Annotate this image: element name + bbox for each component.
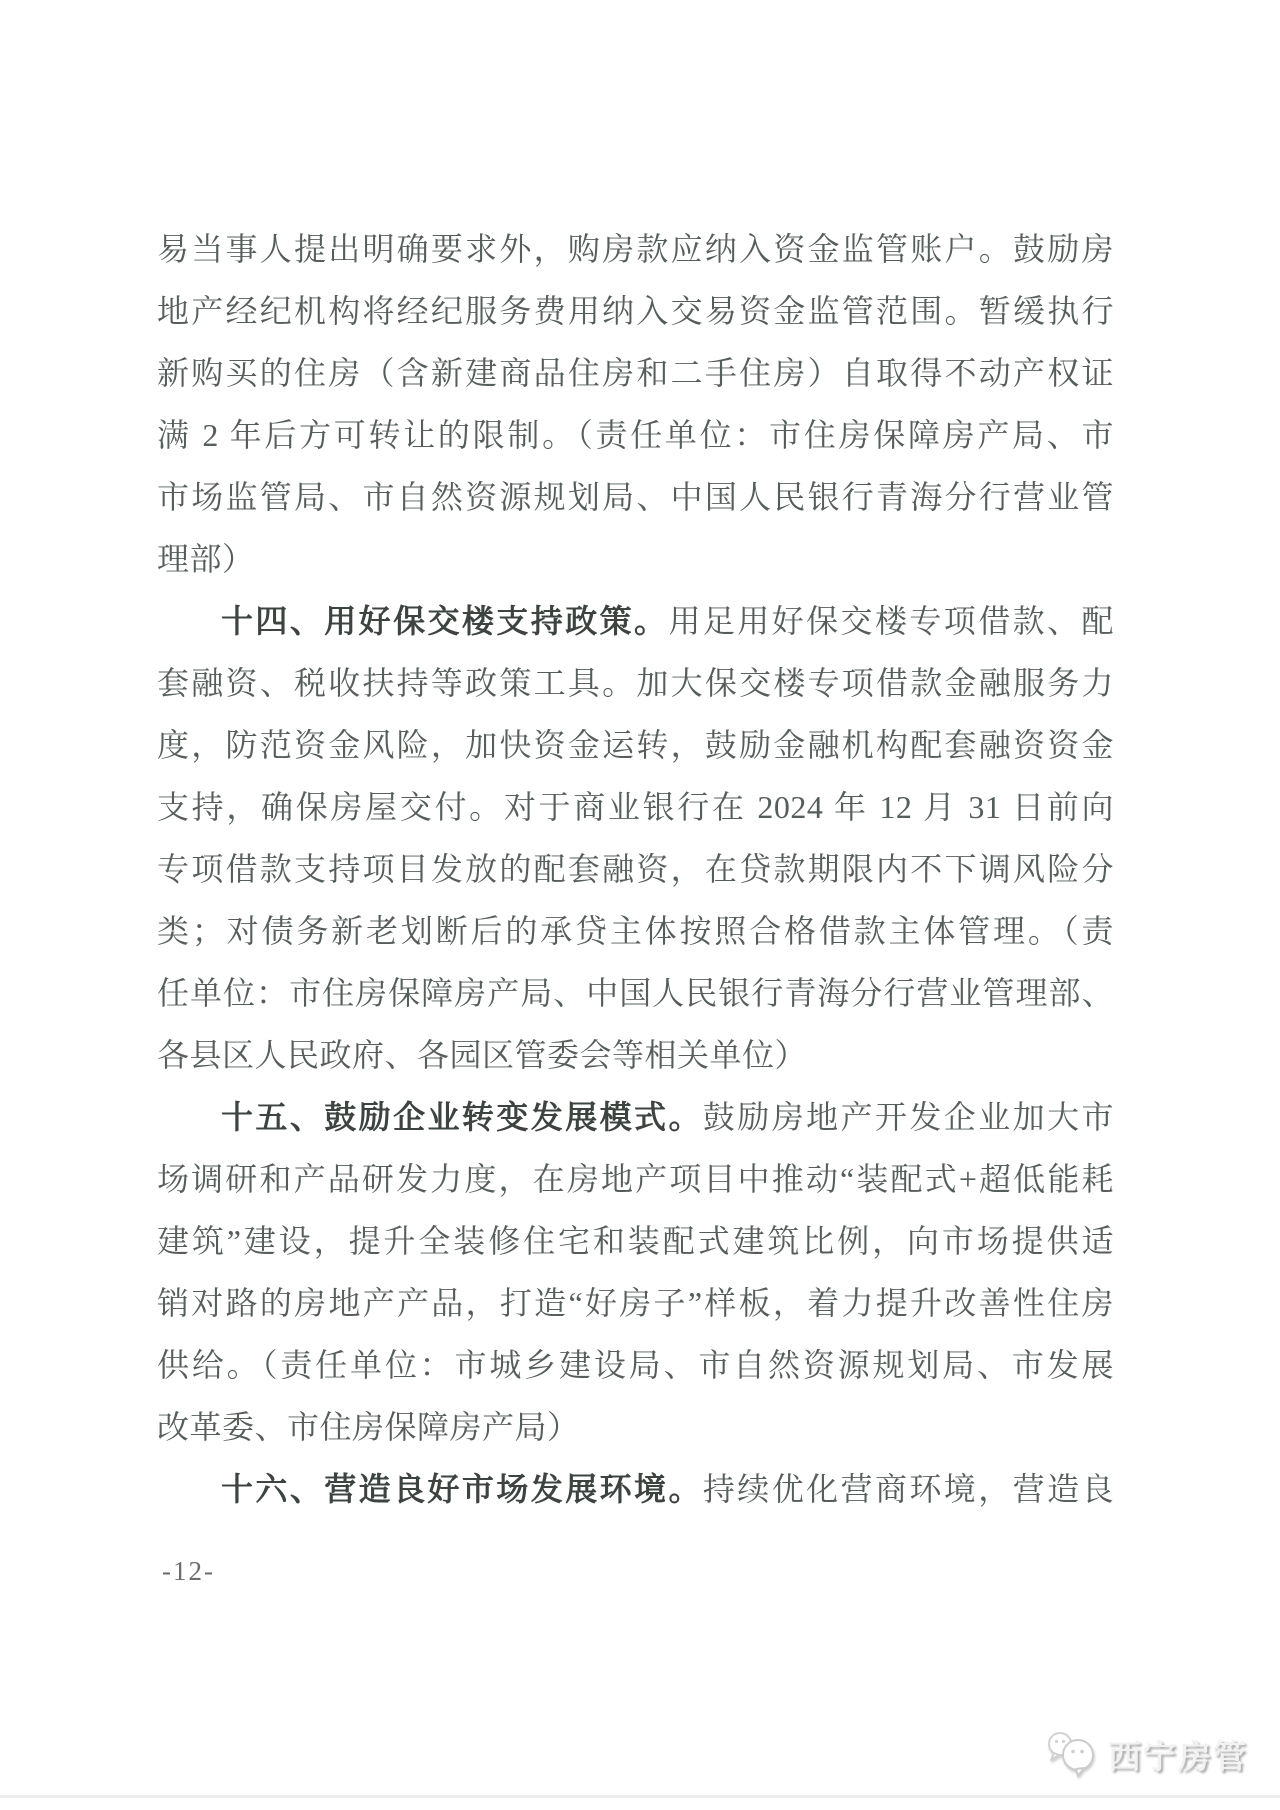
text-line: 地产经纪机构将经纪服务费用纳入交易资金监管范围。暂缓执行 [157,280,1114,342]
text-line: 十四、用好保交楼支持政策。用足用好保交楼专项借款、配 [157,590,1114,652]
line-text: 场调研和产品研发力度，在房地产项目中推动“装配式+超低能耗 [157,1161,1114,1197]
text-line: 市场监管局、市自然资源规划局、中国人民银行青海分行营业管 [157,466,1114,528]
text-line: 理部） [157,528,1114,590]
line-text: 套融资、税收扶持等政策工具。加大保交楼专项借款金融服务力 [157,665,1114,701]
text-line: 支持，确保房屋交付。对于商业银行在 2024 年 12 月 31 日前向 [157,776,1114,838]
line-text: 度，防范资金风险，加快资金运转，鼓励金融机构配套融资资金 [157,727,1114,763]
text-line: 场调研和产品研发力度，在房地产项目中推动“装配式+超低能耗 [157,1148,1114,1210]
line-text: 销对路的房地产产品，打造“好房子”样板，着力提升改善性住房 [157,1285,1114,1321]
watermark-label: 西宁房管 [1108,1731,1248,1778]
page-number: -12- [162,1556,215,1587]
text-line: 满 2 年后方可转让的限制。（责任单位：市住房保障房产局、市 [157,404,1114,466]
line-text: 新购买的住房（含新建商品住房和二手住房）自取得不动产权证 [157,355,1114,391]
wechat-icon [1046,1730,1100,1778]
document-text: 易当事人提出明确要求外，购房款应纳入资金监管账户。鼓励房地产经纪机构将经纪服务费… [157,218,1114,1520]
text-line: 销对路的房地产产品，打造“好房子”样板，着力提升改善性住房 [157,1272,1114,1334]
line-text: 各县区人民政府、各园区管委会等相关单位） [157,1037,807,1073]
heading-label: 十四、用好保交楼支持政策。 [221,603,668,639]
watermark: 西宁房管 [1046,1728,1248,1780]
heading-label: 十六、营造良好市场发展环境。 [221,1471,703,1507]
text-line: 十六、营造良好市场发展环境。持续优化营商环境，营造良 [157,1458,1114,1520]
line-text: 用足用好保交楼专项借款、配 [668,603,1114,639]
line-text: 满 2 年后方可转让的限制。（责任单位：市住房保障房产局、市 [157,417,1114,453]
line-text: 建筑”建设，提升全装修住宅和装配式建筑比例，向市场提供适 [157,1223,1114,1259]
line-text: 类；对债务新老划断后的承贷主体按照合格借款主体管理。（责 [157,913,1114,949]
line-text: 地产经纪机构将经纪服务费用纳入交易资金监管范围。暂缓执行 [157,293,1114,329]
text-line: 建筑”建设，提升全装修住宅和装配式建筑比例，向市场提供适 [157,1210,1114,1272]
line-text: 供给。（责任单位：市城乡建设局、市自然资源规划局、市发展 [157,1347,1114,1383]
text-line: 十五、鼓励企业转变发展模式。鼓励房地产开发企业加大市 [157,1086,1114,1148]
text-line: 度，防范资金风险，加快资金运转，鼓励金融机构配套融资资金 [157,714,1114,776]
text-line: 供给。（责任单位：市城乡建设局、市自然资源规划局、市发展 [157,1334,1114,1396]
text-line: 类；对债务新老划断后的承贷主体按照合格借款主体管理。（责 [157,900,1114,962]
text-line: 各县区人民政府、各园区管委会等相关单位） [157,1024,1114,1086]
heading-label: 十五、鼓励企业转变发展模式。 [221,1099,703,1135]
text-line: 专项借款支持项目发放的配套融资，在贷款期限内不下调风险分 [157,838,1114,900]
text-line: 任单位：市住房保障房产局、中国人民银行青海分行营业管理部、 [157,962,1114,1024]
line-text: 理部） [157,541,255,577]
line-text: 市场监管局、市自然资源规划局、中国人民银行青海分行营业管 [157,479,1114,515]
text-line: 套融资、税收扶持等政策工具。加大保交楼专项借款金融服务力 [157,652,1114,714]
document-page: 易当事人提出明确要求外，购房款应纳入资金监管账户。鼓励房地产经纪机构将经纪服务费… [0,0,1280,1810]
text-line: 新购买的住房（含新建商品住房和二手住房）自取得不动产权证 [157,342,1114,404]
page-bottom-divider [0,1795,1280,1798]
line-text: 专项借款支持项目发放的配套融资，在贷款期限内不下调风险分 [157,851,1114,887]
line-text: 支持，确保房屋交付。对于商业银行在 2024 年 12 月 31 日前向 [157,789,1114,825]
line-text: 易当事人提出明确要求外，购房款应纳入资金监管账户。鼓励房 [157,231,1114,267]
text-line: 易当事人提出明确要求外，购房款应纳入资金监管账户。鼓励房 [157,218,1114,280]
line-text: 鼓励房地产开发企业加大市 [703,1099,1114,1135]
line-text: 改革委、市住房保障房产局） [157,1409,580,1445]
line-text: 任单位：市住房保障房产局、中国人民银行青海分行营业管理部、 [157,975,1114,1011]
line-text: 持续优化营商环境，营造良 [703,1471,1114,1507]
text-line: 改革委、市住房保障房产局） [157,1396,1114,1458]
